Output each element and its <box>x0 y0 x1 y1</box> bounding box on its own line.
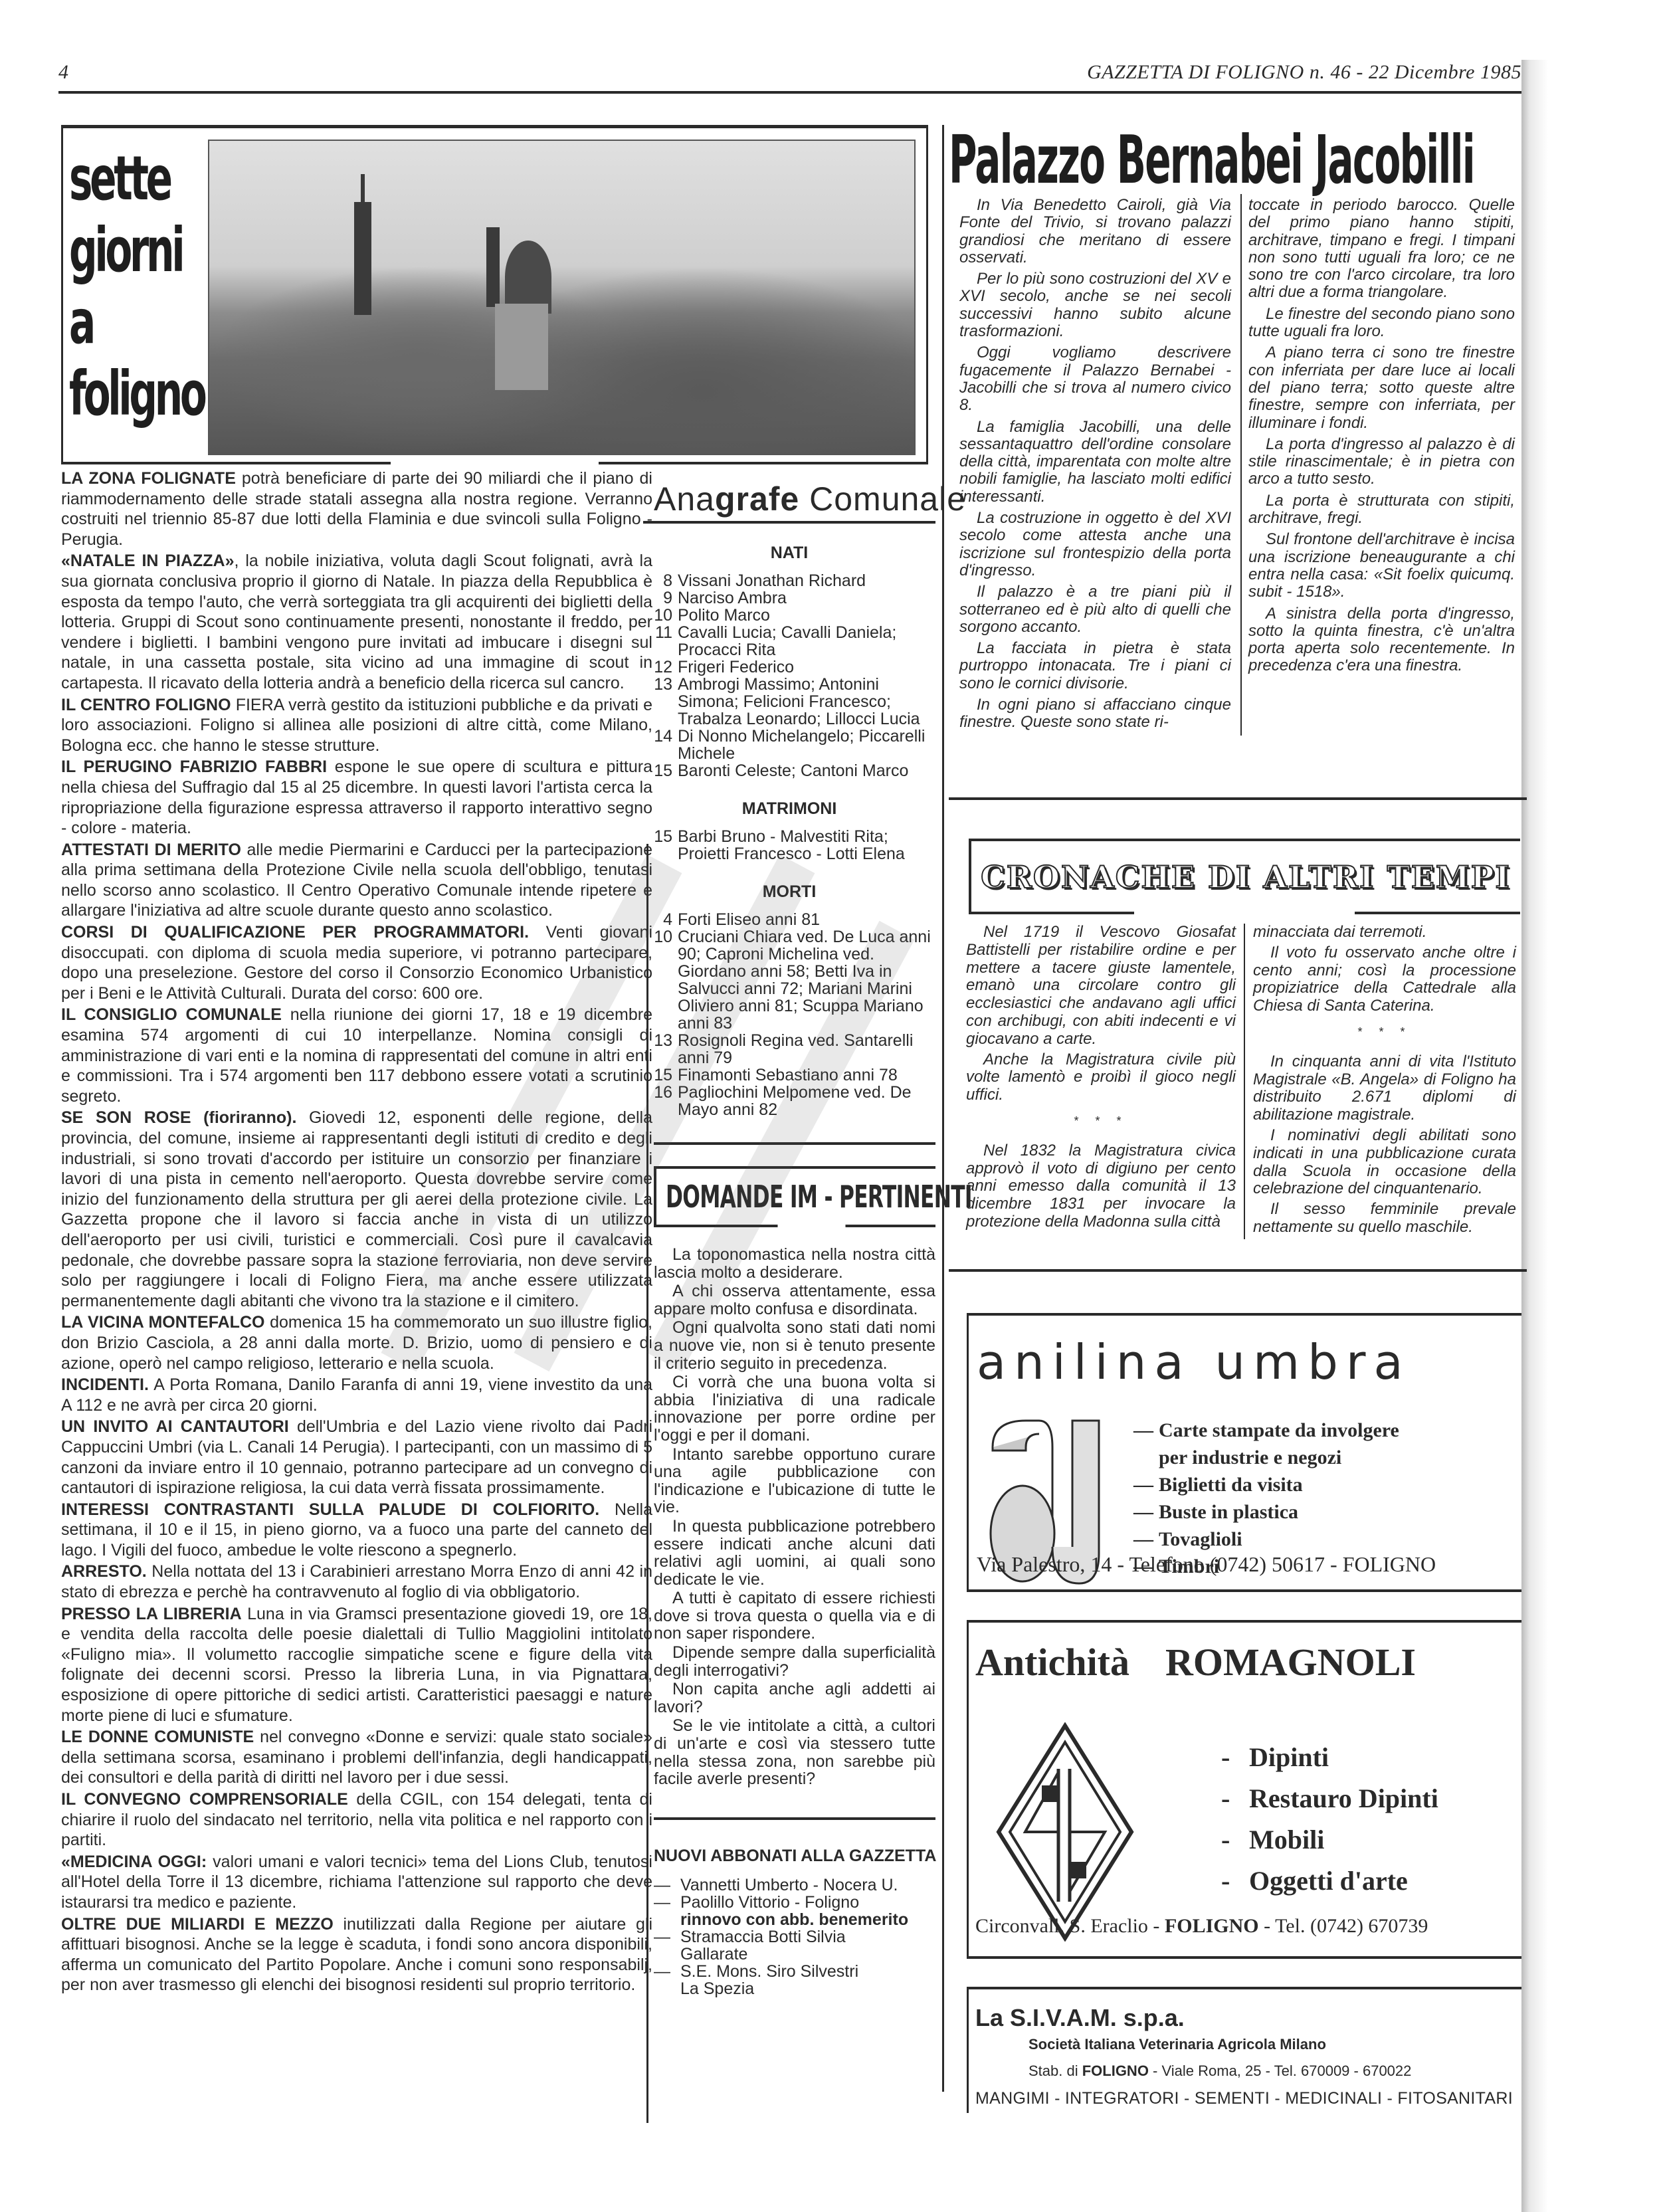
abbonato-item: —Paolillo Vittorio - Foligno <box>654 1894 935 1911</box>
domande-body: La toponomastica nella nostra città lasc… <box>654 1246 935 1788</box>
anagrafe-title: Anagrafe Comunale <box>643 465 935 524</box>
list-item: 14Di Nonno Michelangelo; Piccarelli Mich… <box>650 728 935 762</box>
list-item: 9Narciso Ambra <box>650 589 935 607</box>
anagrafe-column: Anagrafe Comunale NATI 8Vissani Jonathan… <box>643 465 935 1997</box>
separator-stars: * * * <box>966 1112 1236 1130</box>
sivam-address: Stab. di FOLIGNO - Viale Roma, 25 - Tel.… <box>1028 2062 1411 2080</box>
nati-heading: NATI <box>643 544 935 563</box>
news-column: LA ZONA FOLIGNATE potrà beneficiare di p… <box>61 468 652 1997</box>
title-line: sette <box>69 143 165 215</box>
abbonato-city: Gallarate <box>654 1946 935 1963</box>
service-item: -Restauro Dipinti <box>1221 1778 1438 1819</box>
separator-stars: * * * <box>1253 1023 1516 1041</box>
product-item: —Buste in plastica <box>1133 1498 1399 1526</box>
section-rule <box>949 1269 1527 1272</box>
cronache-title-box: CRONACHE DI ALTRI TEMPI <box>969 839 1520 913</box>
masthead: GAZZETTA DI FOLIGNO n. 46 - 22 Dicembre … <box>1087 61 1521 84</box>
sette-giorni-bottom-rule <box>61 462 928 464</box>
list-item: 13Rosignoli Regina ved. Santarelli anni … <box>650 1032 935 1066</box>
list-item: 12Frigeri Federico <box>650 658 935 676</box>
bell-tower-icon <box>354 202 371 315</box>
section-rule <box>654 1817 935 1820</box>
news-item: IL PERUGINO FABRIZIO FABBRI espone le su… <box>61 757 652 838</box>
news-item: INCIDENTI. A Porta Romana, Danilo Faranf… <box>61 1375 652 1415</box>
service-item: -Mobili <box>1221 1819 1438 1860</box>
list-item: 11Cavalli Lucia; Cavalli Daniela; Procac… <box>650 624 935 658</box>
abbonato-item: —S.E. Mons. Siro Silvestri <box>654 1963 935 1980</box>
spire-icon <box>361 174 365 207</box>
title-line: a <box>69 286 165 358</box>
list-item: 15Baronti Celeste; Cantoni Marco <box>650 762 935 779</box>
anilina-umbra-ad: anilina umbra —Carte stampate da involge… <box>967 1313 1521 1592</box>
news-item: SE SON ROSE (fioriranno). Giovedi 12, es… <box>61 1108 652 1311</box>
product-item: —Carte stampate da involgere <box>1133 1417 1399 1444</box>
product-item: —Biglietti da visita <box>1133 1471 1399 1498</box>
news-item: PRESSO LA LIBRERIA Luna in via Gramsci p… <box>61 1604 652 1726</box>
page-number: 4 <box>58 61 68 84</box>
romagnoli-diamond-logo-icon <box>995 1722 1135 1942</box>
news-item: OLTRE DUE MILIARDI E MEZZO inutilizzati … <box>61 1914 652 1995</box>
abbonati-title: NUOVI ABBONATI ALLA GAZZETTA <box>654 1847 935 1866</box>
article-column: minacciata dai terremoti. Il voto fu oss… <box>1245 924 1524 1239</box>
palazzo-title: Palazzo Bernabei Jacobilli <box>949 121 1284 187</box>
product-item: —Tovaglioli <box>1133 1526 1399 1553</box>
list-item: 13Ambrogi Massimo; Antonini Simona; Feli… <box>650 676 935 728</box>
cronache-article: Nel 1719 il Vescovo Giosafat Battistelli… <box>966 924 1524 1239</box>
section-rule <box>654 1142 935 1145</box>
abbonato-item: —Stramaccia Botti Silvia <box>654 1928 935 1946</box>
list-item: 10Polito Marco <box>650 607 935 624</box>
church-tower-icon <box>486 227 500 307</box>
news-item: INTERESSI CONTRASTANTI SULLA PALUDE DI C… <box>61 1500 652 1561</box>
romagnoli-title: AntichitàROMAGNOLI <box>975 1640 1416 1684</box>
list-item: 16Pagliochini Melpomene ved. De Mayo ann… <box>650 1084 935 1118</box>
romagnoli-services: -Dipinti -Restauro Dipinti -Mobili -Ogge… <box>1221 1737 1438 1902</box>
title-line: foligno <box>69 358 165 430</box>
service-item: -Oggetti d'arte <box>1221 1860 1438 1902</box>
abbonato-city: La Spezia <box>654 1980 935 1997</box>
sivam-products: MANGIMI - INTEGRATORI - SEMENTI - MEDICI… <box>975 2089 1513 2108</box>
section-rule <box>969 912 1520 914</box>
news-item: LA ZONA FOLIGNATE potrà beneficiare di p… <box>61 468 652 550</box>
domande-title-box: DOMANDE IM - PERTINENTI <box>654 1166 935 1225</box>
service-item: -Dipinti <box>1221 1737 1438 1778</box>
anilina-brand: anilina umbra <box>977 1334 1411 1390</box>
anilina-address: Via Palestro, 14 - Telefono (0742) 50617… <box>977 1552 1436 1577</box>
sivam-subtitle: Società Italiana Veterinaria Agricola Mi… <box>1028 2036 1326 2053</box>
news-item: LA VICINA MONTEFALCO domenica 15 ha comm… <box>61 1312 652 1373</box>
sivam-title: La S.I.V.A.M. s.p.a. <box>975 2004 1185 2032</box>
header-rule <box>58 91 1527 94</box>
cathedral-facade-icon <box>495 304 548 390</box>
morti-heading: MORTI <box>643 882 935 902</box>
romagnoli-address: Circonvall. S. Eraclio - FOLIGNO - Tel. … <box>975 1915 1428 1938</box>
cathedral-dome-icon <box>505 241 551 314</box>
sette-giorni-title: sette giorni a foligno <box>69 143 165 430</box>
page-edge-shadow <box>1521 60 1661 2212</box>
abbonato-note: rinnovo con abb. benemerito <box>654 1911 935 1928</box>
list-item: 10Cruciani Chiara ved. De Luca anni 90; … <box>650 928 935 1032</box>
sivam-ad: La S.I.V.A.M. s.p.a. Società Italiana Ve… <box>967 1987 1521 2113</box>
article-column: Nel 1719 il Vescovo Giosafat Battistelli… <box>966 924 1245 1239</box>
list-item: 8Vissani Jonathan Richard <box>650 572 935 589</box>
product-item: per industrie e negozi <box>1133 1444 1399 1471</box>
news-item: UN INVITO AI CANTAUTORI dell'Umbria e de… <box>61 1417 652 1498</box>
title-line: giorni <box>69 215 165 286</box>
section-rule <box>949 797 1527 800</box>
cronache-title: CRONACHE DI ALTRI TEMPI <box>981 859 1511 895</box>
column-divider <box>942 125 944 2092</box>
foligno-panorama-photo <box>208 140 916 455</box>
domande-title: DOMANDE IM - PERTINENTI <box>666 1179 972 1215</box>
list-item: 4Forti Eliseo anni 81 <box>650 911 935 928</box>
news-item: CORSI DI QUALIFICAZIONE PER PROGRAMMATOR… <box>61 922 652 1003</box>
section-rule <box>654 1225 935 1227</box>
matrimoni-heading: MATRIMONI <box>643 799 935 819</box>
news-item: LE DONNE COMUNISTE nel convegno «Donne e… <box>61 1727 652 1788</box>
list-item: 15Barbi Bruno - Malvestiti Rita; Proiett… <box>650 828 935 862</box>
article-column: toccate in periodo barocco. Quelle del p… <box>1242 194 1524 736</box>
list-item: 15Finamonti Sebastiano anni 78 <box>650 1066 935 1084</box>
news-item: ATTESTATI DI MERITO alle medie Piermarin… <box>61 840 652 921</box>
palazzo-article: In Via Benedetto Cairoli, già Via Fonte … <box>959 194 1524 736</box>
abbonato-item: —Vannetti Umberto - Nocera U. <box>654 1876 935 1894</box>
news-item: «NATALE IN PIAZZA», la nobile iniziativa… <box>61 551 652 693</box>
news-item: «MEDICINA OGGI: valori umani e valori te… <box>61 1852 652 1913</box>
news-item: IL CENTRO FOLIGNO FIERA verrà gestito da… <box>61 695 652 756</box>
news-item: IL CONSIGLIO COMUNALE nella riunione dei… <box>61 1005 652 1106</box>
news-item: ARRESTO. Nella nottata del 13 i Carabini… <box>61 1561 652 1602</box>
romagnoli-ad: AntichitàROMAGNOLI -Dipinti -Restauro Di… <box>967 1620 1521 1959</box>
article-column: In Via Benedetto Cairoli, già Via Fonte … <box>959 194 1242 736</box>
news-item: IL CONVEGNO COMPRENSORIALE della CGIL, c… <box>61 1789 652 1851</box>
